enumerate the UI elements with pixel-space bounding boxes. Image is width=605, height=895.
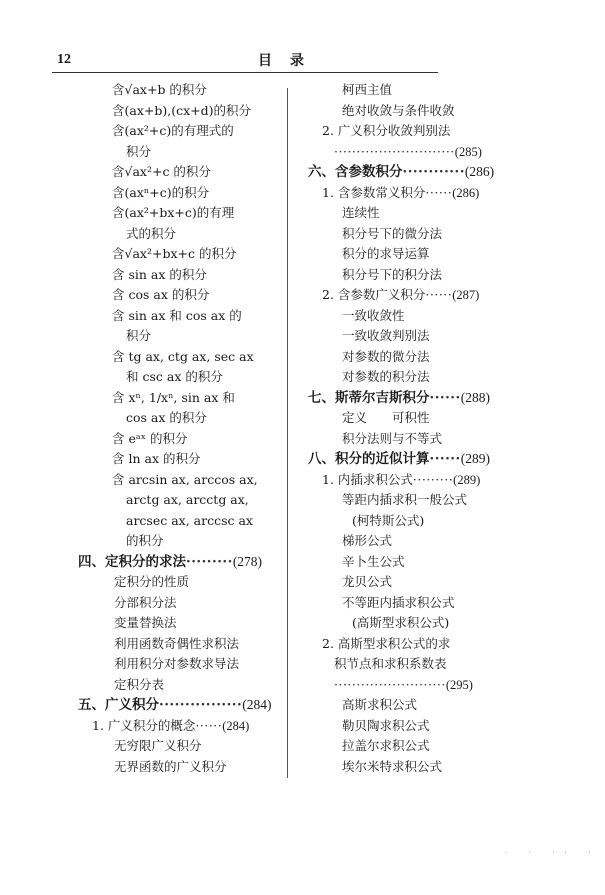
toc-entry-item[interactable]: 含√ax²+c 的积分 xyxy=(78,162,283,183)
toc-entry-chapter[interactable]: 六、含参数积分············(286) xyxy=(308,162,520,183)
header-rule xyxy=(52,72,438,73)
toc-entry-topic[interactable]: 埃尔米特求积公式 xyxy=(308,757,520,778)
scan-artifact: · · ·· · xyxy=(505,850,600,857)
toc-entry-section[interactable]: 2. 广义积分收敛判别法 xyxy=(308,121,520,142)
toc-entry-item[interactable]: 含 arcsin ax, arccos ax, xyxy=(78,470,283,491)
toc-entry-topic-cont[interactable]: (柯特斯公式) xyxy=(308,511,520,532)
toc-entry-title: 八、积分的近似计算 xyxy=(308,451,430,467)
leader-dots: ······ xyxy=(430,451,461,467)
toc-entry-topic[interactable]: 龙贝公式 xyxy=(308,572,520,593)
toc-entry-title: 连续性 xyxy=(342,205,380,220)
toc-entry-title: 含√ax²+c 的积分 xyxy=(112,164,211,179)
toc-right-column: 柯西主值绝对收敛与条件收敛2. 广义积分收敛判别法···············… xyxy=(308,80,520,777)
toc-entry-topic[interactable]: 拉盖尔求积公式 xyxy=(308,736,520,757)
toc-entry-title: 含 cos ax 的积分 xyxy=(112,287,209,302)
toc-entry-title: 不等距内插求积公式 xyxy=(342,595,455,610)
toc-entry-title: 2. 广义积分收敛判别法 xyxy=(322,123,450,138)
toc-entry-item[interactable]: 含 xⁿ, 1/xⁿ, sin ax 和 xyxy=(78,388,283,409)
toc-entry-title: 含(ax²+bx+c)的有理 xyxy=(112,205,234,220)
toc-entry-topic[interactable]: 定积分的性质 xyxy=(78,572,283,593)
toc-entry-title: 含 xⁿ, 1/xⁿ, sin ax 和 xyxy=(112,390,235,405)
toc-entry-topic[interactable]: 变量替换法 xyxy=(78,613,283,634)
toc-entry-title: arcsec ax, arccsc ax xyxy=(126,513,253,528)
toc-entry-section[interactable]: 2. 高斯型求积公式的求 xyxy=(308,634,520,655)
leader-dots: ········· xyxy=(186,554,233,570)
toc-entry-title: 对参数的微分法 xyxy=(342,349,430,364)
toc-entry-title: arctg ax, arcctg ax, xyxy=(126,492,249,507)
running-title: 目录 xyxy=(258,50,322,70)
toc-entry-topic[interactable]: 定义 可积性 xyxy=(308,408,520,429)
toc-entry-item-cont[interactable]: cos ax 的积分 xyxy=(78,408,283,429)
column-divider xyxy=(287,88,288,778)
toc-entry-title: (高斯型求积公式) xyxy=(352,615,449,630)
toc-entry-title: 含(axⁿ+c)的积分 xyxy=(112,185,209,200)
toc-entry-title: 积分号下的积分法 xyxy=(342,267,442,282)
toc-entry-title: 对参数的积分法 xyxy=(342,369,430,384)
toc-entry-title: 积分 xyxy=(126,144,151,159)
page-reference: (295) xyxy=(446,678,473,692)
toc-entry-item-cont[interactable]: 式的积分 xyxy=(78,224,283,245)
toc-entry-item[interactable]: 含 eᵃˣ 的积分 xyxy=(78,429,283,450)
leader-dots: ························· xyxy=(334,677,446,692)
page-reference: (284) xyxy=(242,697,271,712)
toc-entry-title: 拉盖尔求积公式 xyxy=(342,738,430,753)
page-reference: (286) xyxy=(465,164,494,179)
toc-entry-title: 高斯求积公式 xyxy=(342,697,417,712)
toc-entry-item[interactable]: 含(axⁿ+c)的积分 xyxy=(78,183,283,204)
page-number: 12 xyxy=(57,52,71,68)
toc-entry-section[interactable]: 1. 内插求积公式·········(289) xyxy=(308,470,520,491)
toc-entry-item-cont[interactable]: 和 csc ax 的积分 xyxy=(78,367,283,388)
toc-entry-topic[interactable]: 对参数的积分法 xyxy=(308,367,520,388)
toc-entry-topic[interactable]: 分部积分法 xyxy=(78,593,283,614)
toc-entry-chapter[interactable]: 五、广义积分················(284) xyxy=(78,695,283,716)
toc-entry-topic[interactable]: 等距内插求积一般公式 xyxy=(308,490,520,511)
toc-entry-title: 无界函数的广义积分 xyxy=(114,759,227,774)
toc-entry-section-cont[interactable]: ···························(285) xyxy=(308,142,520,163)
toc-entry-title: 式的积分 xyxy=(126,226,176,241)
page-reference: (285) xyxy=(455,145,482,159)
leader-dots: ······ xyxy=(425,287,452,302)
leader-dots: ················ xyxy=(159,697,242,713)
page-reference: (284) xyxy=(222,719,249,733)
leader-dots: ··························· xyxy=(334,144,455,159)
toc-entry-topic[interactable]: 无界函数的广义积分 xyxy=(78,757,283,778)
toc-entry-title: 等距内插求积一般公式 xyxy=(342,492,467,507)
toc-entry-topic[interactable]: 连续性 xyxy=(308,203,520,224)
toc-entry-topic-cont[interactable]: (高斯型求积公式) xyxy=(308,613,520,634)
toc-entry-title: 1. 含参数常义积分 xyxy=(322,185,425,200)
toc-entry-chapter[interactable]: 八、积分的近似计算······(289) xyxy=(308,449,520,470)
toc-entry-topic[interactable]: 积分号下的微分法 xyxy=(308,224,520,245)
toc-entry-item[interactable]: 含(ax²+c)的有理式的 xyxy=(78,121,283,142)
page-reference: (288) xyxy=(461,390,490,405)
toc-entry-title: 利用函数奇偶性求积法 xyxy=(114,636,239,651)
toc-entry-title: 的积分 xyxy=(126,533,164,548)
toc-entry-title: 定积分表 xyxy=(114,677,164,692)
toc-entry-section[interactable]: 1. 含参数常义积分······(286) xyxy=(308,183,520,204)
toc-entry-item-cont[interactable]: 的积分 xyxy=(78,531,283,552)
toc-entry-title: 一致收敛性 xyxy=(342,308,405,323)
toc-entry-title: 积分号下的微分法 xyxy=(342,226,442,241)
toc-entry-title: (柯特斯公式) xyxy=(352,513,424,528)
leader-dots: ······ xyxy=(430,390,461,406)
toc-entry-title: 四、定积分的求法 xyxy=(78,554,186,570)
toc-entry-section-cont2[interactable]: 积节点和求积系数表 xyxy=(308,654,520,675)
toc-entry-title: 柯西主值 xyxy=(342,82,392,97)
toc-entry-item[interactable]: 含 cos ax 的积分 xyxy=(78,285,283,306)
toc-entry-title: 积分法则与不等式 xyxy=(342,431,442,446)
toc-entry-title: 含(ax+b),(cx+d)的积分 xyxy=(112,103,251,118)
leader-dots: ······ xyxy=(425,185,452,200)
toc-entry-title: 2. 高斯型求积公式的求 xyxy=(322,636,450,651)
toc-entry-item[interactable]: 含 sin ax 的积分 xyxy=(78,265,283,286)
toc-entry-title: 埃尔米特求积公式 xyxy=(342,759,442,774)
toc-entry-topic[interactable]: 绝对收敛与条件收敛 xyxy=(308,101,520,122)
toc-entry-item-cont[interactable]: arcsec ax, arccsc ax xyxy=(78,511,283,532)
toc-entry-title: 含 eᵃˣ 的积分 xyxy=(112,431,187,446)
toc-entry-title: 和 csc ax 的积分 xyxy=(126,369,223,384)
toc-entry-topic[interactable]: 对参数的微分法 xyxy=(308,347,520,368)
toc-entry-item-cont[interactable]: 积分 xyxy=(78,142,283,163)
toc-entry-item[interactable]: 含 tg ax, ctg ax, sec ax xyxy=(78,347,283,368)
leader-dots: ······ xyxy=(195,718,222,733)
toc-entry-topic[interactable]: 高斯求积公式 xyxy=(308,695,520,716)
page-reference: (286) xyxy=(452,186,479,200)
toc-entry-title: 含√ax²+bx+c 的积分 xyxy=(112,246,236,261)
toc-entry-item[interactable]: 含(ax+b),(cx+d)的积分 xyxy=(78,101,283,122)
toc-entry-section[interactable]: 2. 含参数广义积分······(287) xyxy=(308,285,520,306)
toc-entry-title: 积分的求导运算 xyxy=(342,246,430,261)
toc-entry-title: 1. 内插求积公式 xyxy=(322,472,413,487)
toc-entry-title: 含 sin ax 的积分 xyxy=(112,267,207,282)
toc-entry-title: 梯形公式 xyxy=(342,533,392,548)
toc-entry-title: 一致收敛判别法 xyxy=(342,328,430,343)
toc-entry-topic[interactable]: 积分的求导运算 xyxy=(308,244,520,265)
toc-entry-item[interactable]: 含 ln ax 的积分 xyxy=(78,449,283,470)
toc-entry-title: 定积分的性质 xyxy=(114,574,189,589)
toc-entry-title: 含 sin ax 和 cos ax 的 xyxy=(112,308,242,323)
toc-entry-title: 利用积分对参数求导法 xyxy=(114,656,239,671)
toc-entry-title: 2. 含参数广义积分 xyxy=(322,287,425,302)
page-reference: (289) xyxy=(453,473,480,487)
toc-entry-title: 七、斯蒂尔吉斯积分 xyxy=(308,390,430,406)
toc-entry-item[interactable]: 含√ax²+bx+c 的积分 xyxy=(78,244,283,265)
leader-dots: ············ xyxy=(403,164,465,180)
toc-entry-title: 含 arcsin ax, arccos ax, xyxy=(112,472,258,487)
toc-entry-item-cont[interactable]: 积分 xyxy=(78,326,283,347)
toc-entry-topic[interactable]: 无穷限广义积分 xyxy=(78,736,283,757)
toc-left-column: 含√ax+b 的积分含(ax+b),(cx+d)的积分含(ax²+c)的有理式的… xyxy=(78,80,283,777)
toc-entry-title: 五、广义积分 xyxy=(78,697,159,713)
toc-entry-topic[interactable]: 定积分表 xyxy=(78,675,283,696)
page-reference: (289) xyxy=(461,451,490,466)
toc-entry-chapter[interactable]: 七、斯蒂尔吉斯积分······(288) xyxy=(308,388,520,409)
toc-entry-item[interactable]: 含(ax²+bx+c)的有理 xyxy=(78,203,283,224)
toc-entry-title: 六、含参数积分 xyxy=(308,164,403,180)
leader-dots: ········· xyxy=(413,472,453,487)
page-reference: (278) xyxy=(233,554,262,569)
toc-entry-topic[interactable]: 辛卜生公式 xyxy=(308,552,520,573)
toc-entry-title: 1. 广义积分的概念 xyxy=(92,718,195,733)
toc-entry-chapter[interactable]: 四、定积分的求法·········(278) xyxy=(78,552,283,573)
page-reference: (287) xyxy=(452,288,479,302)
toc-entry-topic[interactable]: 不等距内插求积公式 xyxy=(308,593,520,614)
toc-entry-topic[interactable]: 利用积分对参数求导法 xyxy=(78,654,283,675)
toc-entry-title: 积节点和求积系数表 xyxy=(334,656,447,671)
toc-entry-title: 辛卜生公式 xyxy=(342,554,405,569)
toc-entry-topic[interactable]: 勒贝陶求积公式 xyxy=(308,716,520,737)
toc-entry-topic[interactable]: 柯西主值 xyxy=(308,80,520,101)
toc-entry-topic[interactable]: 梯形公式 xyxy=(308,531,520,552)
toc-entry-topic[interactable]: 一致收敛判别法 xyxy=(308,326,520,347)
toc-entry-title: 变量替换法 xyxy=(114,615,177,630)
toc-entry-title: 定义 可积性 xyxy=(342,410,430,425)
toc-entry-title: 含 ln ax 的积分 xyxy=(112,451,200,466)
toc-entry-section-cont[interactable]: ·························(295) xyxy=(308,675,520,696)
toc-entry-title: 含(ax²+c)的有理式的 xyxy=(112,123,234,138)
toc-entry-title: cos ax 的积分 xyxy=(126,410,207,425)
toc-entry-topic[interactable]: 一致收敛性 xyxy=(308,306,520,327)
toc-entry-item-cont[interactable]: arctg ax, arcctg ax, xyxy=(78,490,283,511)
toc-entry-title: 分部积分法 xyxy=(114,595,177,610)
toc-entry-topic[interactable]: 积分法则与不等式 xyxy=(308,429,520,450)
toc-entry-title: 勒贝陶求积公式 xyxy=(342,718,430,733)
toc-entry-section[interactable]: 1. 广义积分的概念······(284) xyxy=(78,716,283,737)
toc-entry-title: 龙贝公式 xyxy=(342,574,392,589)
toc-entry-title: 含 tg ax, ctg ax, sec ax xyxy=(112,349,254,364)
toc-entry-title: 无穷限广义积分 xyxy=(114,738,202,753)
toc-entry-topic[interactable]: 积分号下的积分法 xyxy=(308,265,520,286)
toc-entry-item[interactable]: 含 sin ax 和 cos ax 的 xyxy=(78,306,283,327)
toc-entry-topic[interactable]: 利用函数奇偶性求积法 xyxy=(78,634,283,655)
toc-entry-title: 绝对收敛与条件收敛 xyxy=(342,103,455,118)
toc-entry-title: 含√ax+b 的积分 xyxy=(112,82,207,97)
toc-entry-item[interactable]: 含√ax+b 的积分 xyxy=(78,80,283,101)
toc-entry-title: 积分 xyxy=(126,328,151,343)
